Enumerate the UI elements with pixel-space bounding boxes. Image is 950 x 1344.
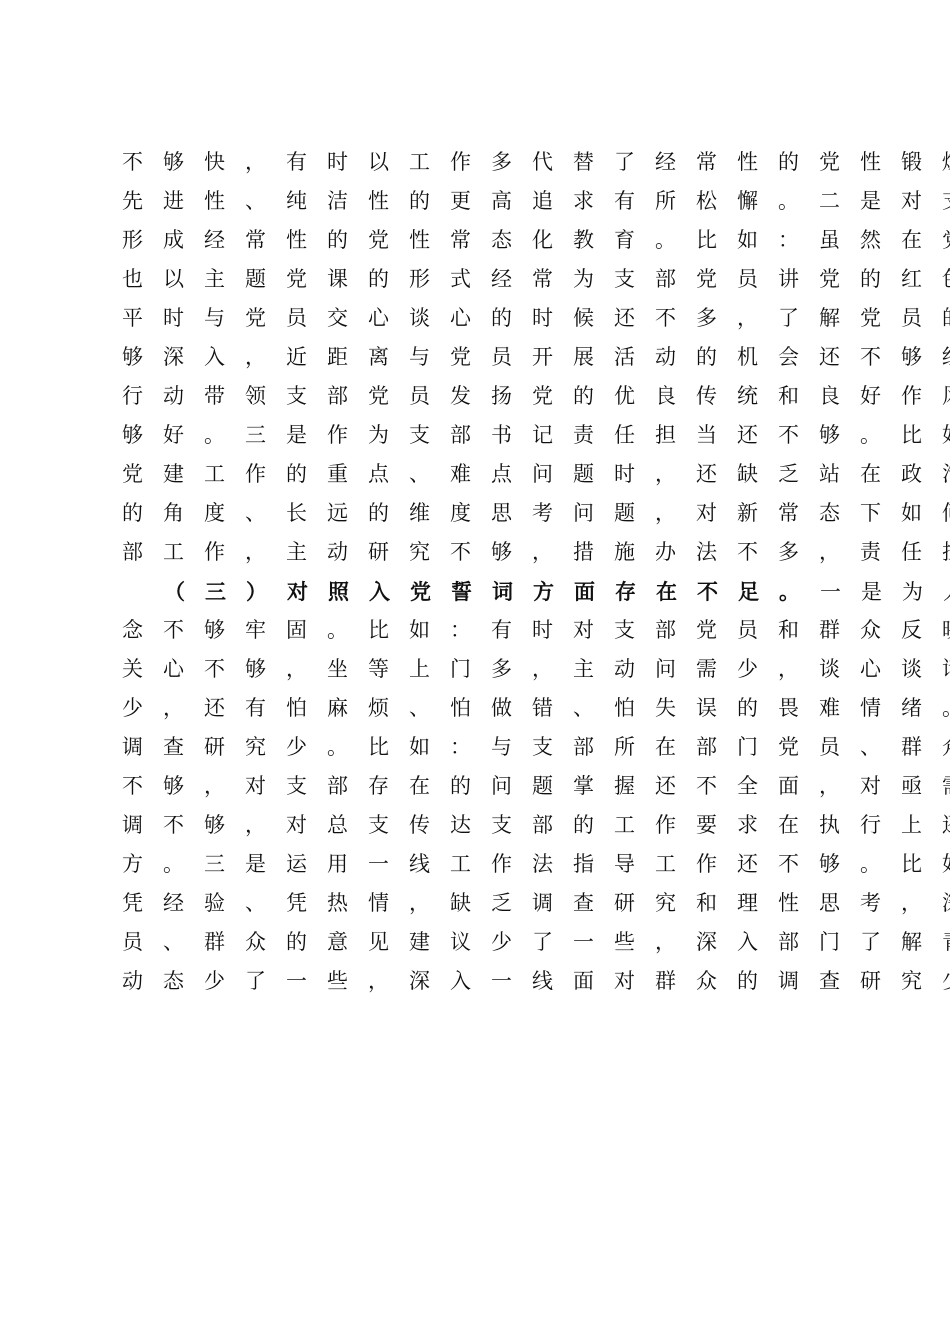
text-line: 凭经验、凭热情，缺乏调查研究和理性思考，深入支部倾听党 (122, 884, 842, 923)
text-line: 行动带领支部党员发扬党的优良传统和良好作风方面做得还不 (122, 377, 842, 416)
section-3-heading: （三）对照入党誓词方面存在不足。 (164, 579, 820, 604)
body-text: 不够快，有时以工作多代替了经常性的党性锻炼，对保持党员 先进性、纯洁性的更高追求… (122, 143, 842, 1001)
document-page: 不够快，有时以工作多代替了经常性的党性锻炼，对保持党员 先进性、纯洁性的更高追求… (0, 0, 950, 1344)
text-line: 够深入，近距离与党员开展活动的机会还不够经常，在用实际 (122, 338, 842, 377)
text-line: 念不够牢固。比如：有时对支部党员和群众反映的问题重视和 (122, 611, 842, 650)
text-line: 不够，对支部存在的问题掌握还不全面，对亟需解决的难题协 (122, 767, 842, 806)
text-line: 关心不够，坐等上门多，主动问需少，谈心谈话多，解决问题 (122, 650, 842, 689)
text-line: 少，还有怕麻烦、怕做错、怕失误的畏难情绪。二是深入支部 (122, 689, 842, 728)
text-line: 员、群众的意见建议少了一些，深入部门了解青年党员的思想 (122, 923, 842, 962)
section-3-first-line: （三）对照入党誓词方面存在不足。一是为人民服务宗旨观 (122, 572, 842, 611)
text-line: 党建工作的重点、难点问题时，还缺乏站在政治的高度、全局 (122, 455, 842, 494)
text-line: 的角度、长远的维度思考问题，对新常态下如何更好地开展支 (122, 494, 842, 533)
text-line: 动态少了一些，深入一线面对群众的调查研究少了一些，还没 (122, 962, 842, 1001)
text-line: 先进性、纯洁性的更高追求有所松懈。二是对支部党员还没有 (122, 182, 842, 221)
text-line: 不够快，有时以工作多代替了经常性的党性锻炼，对保持党员 (122, 143, 842, 182)
text-line: 平时与党员交心谈心的时候还不多，了解党员的所思所想还不 (122, 299, 842, 338)
text-line: 够好。三是作为支部书记责任担当还不够。比如：面对支部在 (122, 416, 842, 455)
text-line: 调查研究少。比如：与支部所在部门党员、群众的沟通交流还 (122, 728, 842, 767)
text-line: 形成经常性的党性常态化教育。比如：虽然在党史学习教育中 (122, 221, 842, 260)
text-line: 方。三是运用一线工作法指导工作还不够。比如：抓工作往往 (122, 845, 842, 884)
section-3-first-line-text: 一是为人民服务宗旨观 (820, 580, 950, 604)
text-line: 调不够，对总支传达支部的工作要求在执行上还有不到位的地 (122, 806, 842, 845)
text-line: 部工作，主动研究不够，措施办法不多，责任担当还不强。 (122, 533, 842, 572)
text-line: 也以主题党课的形式经常为支部党员讲党的红色党史故事，但 (122, 260, 842, 299)
